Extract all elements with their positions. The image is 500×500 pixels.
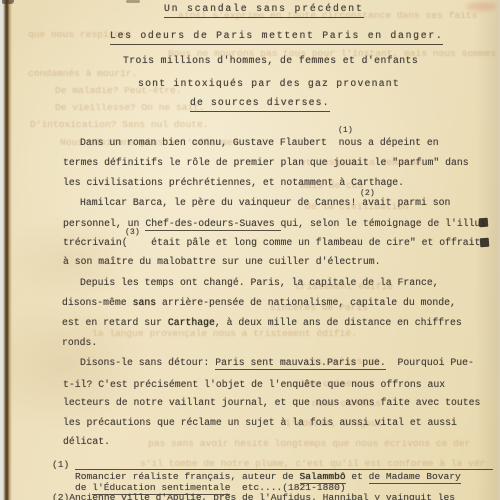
typed-segment: disons-même	[62, 297, 133, 308]
underlined-phrase: Paris pue.	[327, 357, 386, 370]
headline-deck-line-2: sont intoxiqués par des gaz provenant	[138, 78, 400, 90]
headline-sub: Les odeurs de Paris mettent Paris en dan…	[110, 30, 443, 45]
underlined-title: de Madame Bovary	[369, 471, 461, 484]
ghost-text-line: D'intoxication? Sans nul doute.	[30, 119, 208, 130]
ink-overstrike-blot	[480, 238, 490, 248]
underlined-phrase: Paris sent mauvais.	[215, 357, 327, 370]
headline-deck-line-3: de sources diverses.	[190, 97, 330, 112]
typed-line: termes définitifs le rôle de premier pla…	[63, 157, 469, 168]
underlined-phrase: Chef-des-odeurs-Suaves	[145, 218, 280, 231]
bold-word: sans	[133, 297, 157, 308]
typed-segment: Disons-le sans détour:	[80, 357, 215, 368]
footnote-line-3: (2)Ancienne ville d'Apulie, près de l'Au…	[52, 493, 455, 500]
ghost-text-line: De vieillesse? On ne sait.	[55, 102, 205, 113]
typed-line: t-il? C'est précisément l'objet de l'enq…	[63, 379, 445, 390]
ghost-text-line: la langue provençale nous a tristement é…	[92, 328, 357, 339]
typed-segment: personnel, un	[63, 218, 145, 229]
typed-segment: Pourquoi Pue-	[386, 357, 474, 368]
typed-line: ronds.	[62, 337, 97, 348]
typed-segment: , à deux mille ans de distance en chiffr…	[215, 317, 462, 328]
headline-deck-line-1: Trois millions d'hommes, de femmes et d'…	[123, 55, 418, 67]
typed-line: trécrivain( était pâle et long comme un …	[63, 237, 480, 248]
footnote-ref-3: (3)	[125, 228, 140, 237]
ink-overstrike-blot	[479, 218, 489, 228]
typed-line: Hamilcar Barca, le père du vainqueur de …	[80, 197, 450, 208]
paper-left-edge	[0, 0, 12, 500]
typed-line: les précautions que réclame un sujet à l…	[63, 417, 457, 428]
edge-blot	[2, 0, 14, 4]
footnote-label-1: (1)	[52, 460, 69, 470]
scanned-typescript-page: ainsi s'exprime en toute circonstance da…	[0, 0, 500, 500]
typed-segment: qui, selon le témoignage de l'illus	[281, 218, 487, 229]
typed-line: lecteurs de notre vaillant journal, et q…	[63, 397, 480, 408]
typed-segment: Romancier réaliste français, auteur de	[75, 471, 300, 482]
typed-line: Depuis les temps ont changé. Paris, la c…	[80, 277, 439, 288]
typed-line: personnel, un Chef-des-odeurs-Suaves qui…	[63, 218, 486, 229]
footnote-ref-1: (1)	[338, 126, 353, 135]
typed-line: disons-même sans arrière-pensée de natio…	[62, 297, 456, 308]
typed-line: les civilisations préchrétiennes, et not…	[63, 177, 404, 188]
bold-word: Carthage	[168, 317, 215, 328]
red-ink-smudge	[466, 2, 496, 11]
ghost-text-line: s'il tombe de notre plume, c'est qu'il e…	[140, 458, 485, 469]
headline-main: Un scandale sans précédent	[164, 3, 364, 18]
typed-line: Dans un roman bien connu, Gustave Flaube…	[80, 137, 439, 148]
typed-segment: est en retard sur	[62, 317, 168, 328]
footnote-line-1: Romancier réaliste français, auteur de S…	[75, 472, 461, 482]
ghost-text-line: pas sans avoir hésité longtemps que nous…	[148, 438, 470, 449]
typed-line: est en retard sur Carthage, à deux mille…	[62, 317, 462, 328]
typed-segment: et	[346, 471, 369, 482]
typed-line: à son maître du malobattre sur une cuill…	[63, 256, 380, 267]
ghost-text-line: condamnés à mourir.	[28, 68, 137, 79]
typed-line: délicat.	[63, 436, 110, 447]
typed-line: Disons-le sans détour: Paris sent mauvai…	[80, 357, 474, 368]
edge-blot	[126, 0, 140, 3]
typed-segment: arrière-pensée de nationalisme, capitale…	[156, 297, 456, 308]
